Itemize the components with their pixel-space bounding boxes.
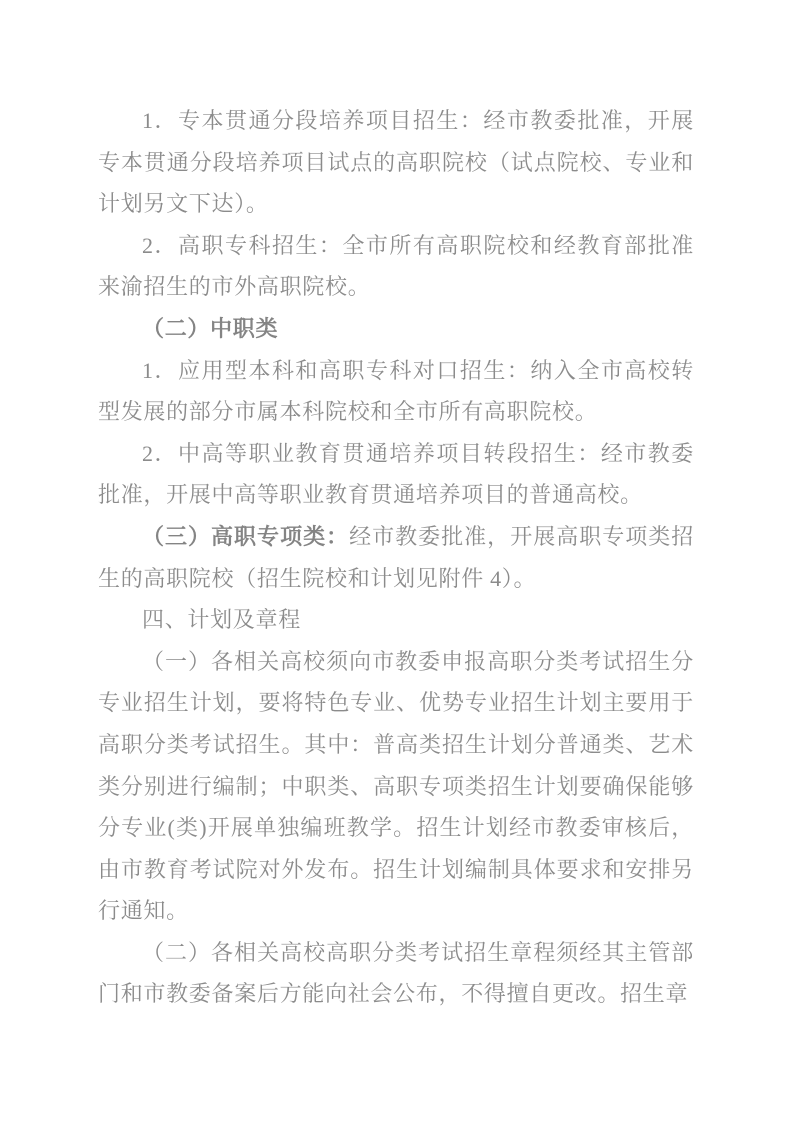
text-segment: 2．中高等职业教育贯通培养项目转段招生：经市教委批准，开展中高等职业教育贯通培养… — [98, 441, 694, 508]
text-segment: 四、计划及章程 — [142, 607, 301, 632]
paragraph: （二）中职类 — [98, 308, 694, 350]
paragraph: （一）各相关高校须向市教委申报高职分类考试招生分专业招生计划，要将特色专业、优势… — [98, 641, 694, 932]
document-page: 1．专本贯通分段培养项目招生：经市教委批准，开展专本贯通分段培养项目试点的高职院… — [0, 0, 794, 1122]
bold-text-segment: （二）中职类 — [142, 316, 278, 341]
paragraph: （三）高职专项类：经市教委批准，开展高职专项类招生的高职院校（招生院校和计划见附… — [98, 516, 694, 599]
paragraph: 四、计划及章程 — [98, 599, 694, 641]
text-segment: 1．专本贯通分段培养项目招生：经市教委批准，开展专本贯通分段培养项目试点的高职院… — [98, 108, 694, 216]
paragraph: 2．高职专科招生：全市所有高职院校和经教育部批准来渝招生的市外高职院校。 — [98, 225, 694, 308]
text-segment: 2．高职专科招生：全市所有高职院校和经教育部批准来渝招生的市外高职院校。 — [98, 233, 694, 300]
text-segment: （一）各相关高校须向市教委申报高职分类考试招生分专业招生计划，要将特色专业、优势… — [98, 649, 694, 924]
text-segment: （二）各相关高校高职分类考试招生章程须经其主管部门和市教委备案后方能向社会公布，… — [98, 940, 694, 1007]
paragraph: 2．中高等职业教育贯通培养项目转段招生：经市教委批准，开展中高等职业教育贯通培养… — [98, 433, 694, 516]
bold-text-segment: （三）高职专项类： — [142, 524, 349, 549]
paragraph: （二）各相关高校高职分类考试招生章程须经其主管部门和市教委备案后方能向社会公布，… — [98, 932, 694, 1015]
paragraph: 1．应用型本科和高职专科对口招生：纳入全市高校转型发展的部分市属本科院校和全市所… — [98, 350, 694, 433]
paragraph: 1．专本贯通分段培养项目招生：经市教委批准，开展专本贯通分段培养项目试点的高职院… — [98, 100, 694, 225]
document-body: 1．专本贯通分段培养项目招生：经市教委批准，开展专本贯通分段培养项目试点的高职院… — [98, 100, 694, 1015]
text-segment: 1．应用型本科和高职专科对口招生：纳入全市高校转型发展的部分市属本科院校和全市所… — [98, 358, 694, 425]
